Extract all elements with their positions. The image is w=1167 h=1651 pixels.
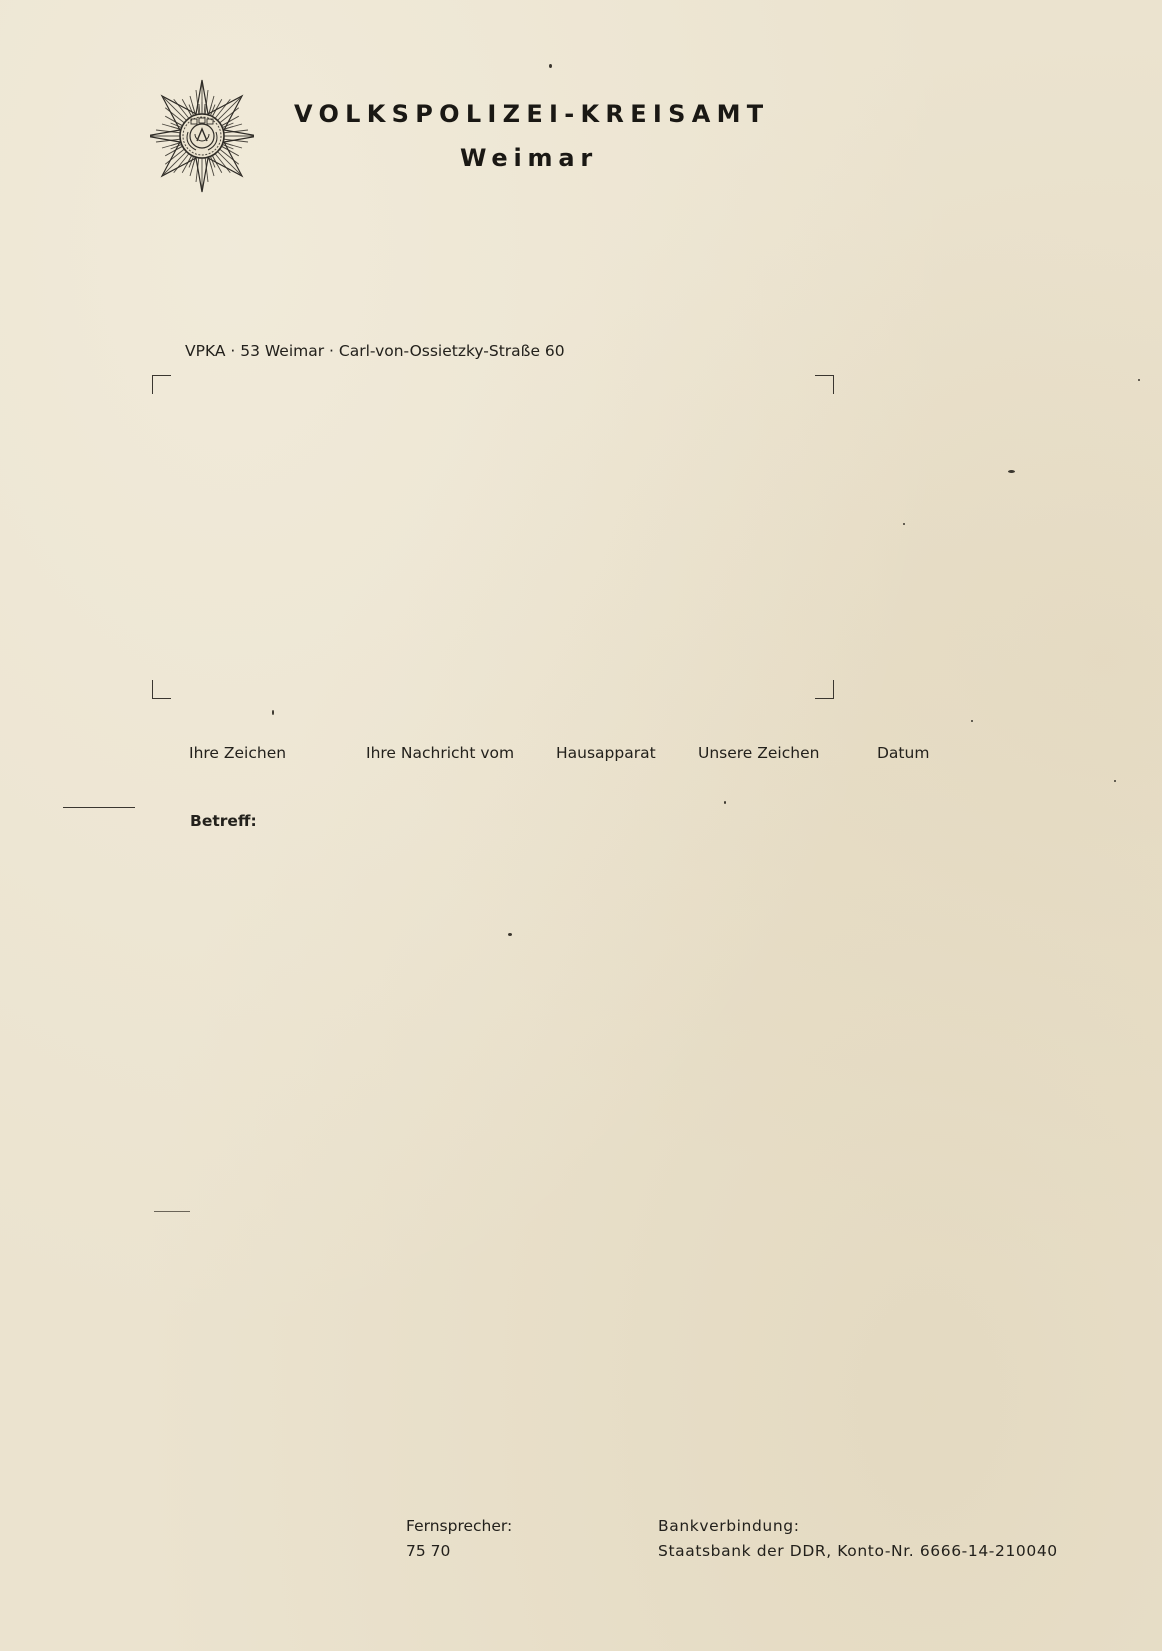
paper-speck: [1138, 379, 1140, 381]
footer-bank: Bankverbindung: Staatsbank der DDR, Kont…: [658, 1514, 1058, 1564]
letterhead-paper: VOLKSPOLIZEI-KREISAMT Weimar VPKA · 53 W…: [0, 0, 1162, 1651]
paper-speck: [1114, 780, 1116, 782]
punch-mark: [154, 1211, 190, 1212]
header-unsere-zeichen: Unsere Zeichen: [698, 744, 819, 762]
paper-speck: [272, 710, 274, 715]
header-datum: Datum: [877, 744, 929, 762]
address-window-corner-top-left: [152, 375, 171, 394]
header-ihre-zeichen: Ihre Zeichen: [189, 744, 286, 762]
fold-mark: [63, 807, 135, 808]
bank-label: Bankverbindung:: [658, 1514, 1058, 1539]
paper-speck: [508, 933, 512, 936]
phone-label: Fernsprecher:: [406, 1514, 512, 1539]
address-window-corner-top-right: [815, 375, 834, 394]
phone-value: 75 70: [406, 1539, 512, 1564]
paper-speck: [903, 523, 905, 525]
address-window-corner-bottom-left: [152, 680, 171, 699]
paper-speck: [549, 64, 552, 68]
footer-phone: Fernsprecher: 75 70: [406, 1514, 512, 1564]
police-star-emblem-icon: [150, 78, 254, 194]
sender-address-line: VPKA · 53 Weimar · Carl-von-Ossietzky-St…: [185, 342, 565, 360]
header-hausapparat: Hausapparat: [556, 744, 656, 762]
paper-speck: [724, 801, 726, 804]
paper-speck: [971, 720, 973, 722]
agency-city: Weimar: [460, 144, 598, 172]
bank-value: Staatsbank der DDR, Konto-Nr. 6666-14-21…: [658, 1539, 1058, 1564]
agency-title: VOLKSPOLIZEI-KREISAMT: [294, 100, 769, 128]
paper-speck: [1008, 470, 1015, 473]
subject-label: Betreff:: [190, 812, 257, 830]
header-ihre-nachricht-vom: Ihre Nachricht vom: [366, 744, 514, 762]
address-window-corner-bottom-right: [815, 680, 834, 699]
